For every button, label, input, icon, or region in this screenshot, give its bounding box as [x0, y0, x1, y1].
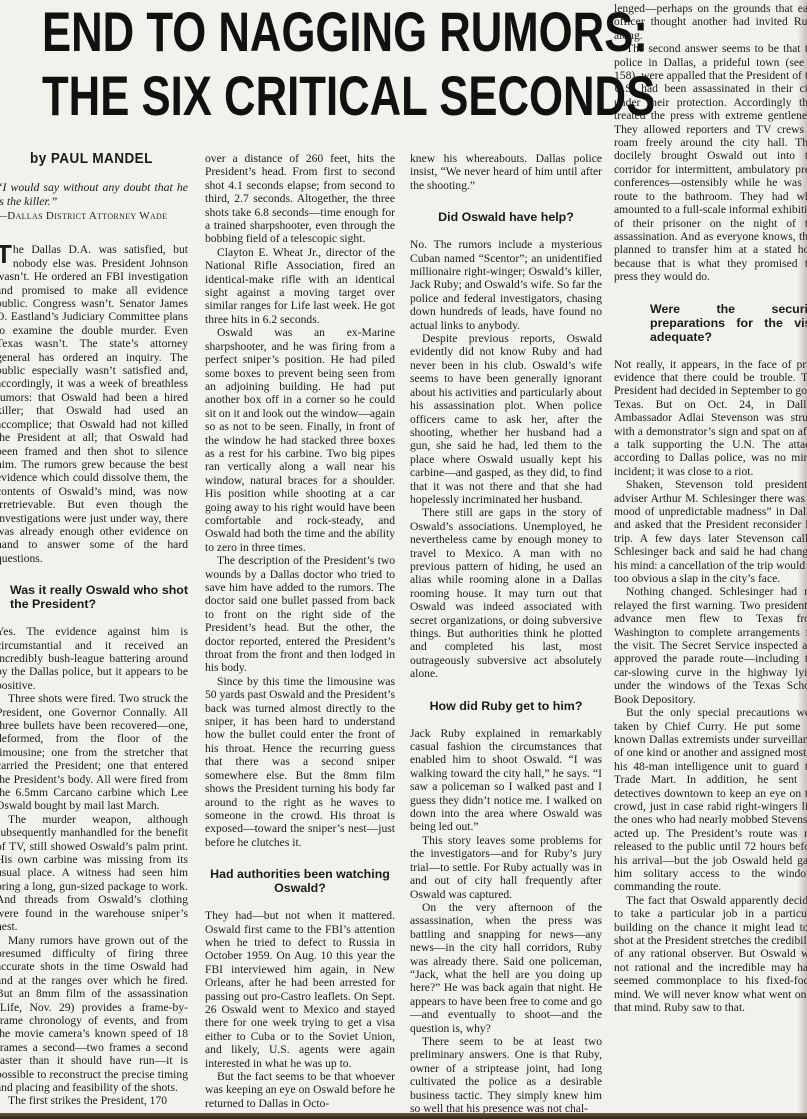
paragraph: over a distance of 260 feet, hits the Pr… [205, 152, 395, 246]
paragraph: lenged—perhaps on the grounds that each … [614, 2, 807, 42]
paragraph: The description of the President’s two w… [205, 554, 395, 675]
paragraph: There seem to be at least two preliminar… [410, 1035, 602, 1115]
column-4: lenged—perhaps on the grounds that each … [614, 2, 807, 1014]
paragraph: The murder weapon, although subsequently… [0, 813, 188, 934]
drop-cap: T [0, 243, 12, 265]
page-binding-shadow [797, 0, 807, 1119]
paragraph: No. The rumors include a mysterious Cuba… [410, 238, 602, 332]
column-1-clip: “I would say without any doubt that he i… [0, 175, 200, 1119]
column-3-clip: knew his whereabouts. Dallas police insi… [408, 148, 606, 1119]
paragraph: Despite previous reports, Oswald evident… [410, 332, 602, 506]
paragraph: Shaken, Stevenson told presidential advi… [614, 478, 807, 585]
paragraph: The second answer seems to be that the p… [614, 42, 807, 283]
page-bottom-edge [0, 1113, 807, 1119]
column-4-clip: lenged—perhaps on the grounds that each … [612, 0, 807, 1119]
subhead-was-it-oswald: Was it really Oswald who shot the Presid… [0, 583, 188, 611]
paragraph: There still are gaps in the story of Osw… [410, 506, 602, 680]
epigraph-quote: “I would say without any doubt that he i… [0, 180, 188, 208]
paragraph: Clayton E. Wheat Jr., director of the Na… [205, 246, 395, 326]
paragraph: Nothing changed. Schlesinger had not rel… [614, 585, 807, 706]
headline: END TO NAGGING RUMORS: THE SIX CRITICAL … [42, 0, 479, 128]
paragraph: They had—but not when it mattered. Oswal… [205, 909, 395, 1070]
column-1: “I would say without any doubt that he i… [0, 180, 188, 1108]
magazine-page: END TO NAGGING RUMORS: THE SIX CRITICAL … [0, 0, 807, 1119]
paragraph: But the only special precautions were ta… [614, 706, 807, 894]
paragraph: Jack Ruby explained in remarkably casual… [410, 727, 602, 834]
paragraph: Not really, it appears, in the face of p… [614, 358, 807, 479]
paragraph: Yes. The evidence against him is circums… [0, 625, 188, 692]
column-3: knew his whereabouts. Dallas police insi… [410, 152, 602, 1115]
subhead-security-preparations: Were the security preparations for the v… [614, 302, 807, 344]
paragraph: Many rumors have grown out of the presum… [0, 934, 188, 1095]
paragraph: This story leaves some problems for the … [410, 834, 602, 901]
paragraph: But the fact seems to be that whoever wa… [205, 1070, 395, 1110]
paragraph: Three shots were fired. Two struck the P… [0, 692, 188, 813]
subhead-oswald-help: Did Oswald have help? [410, 210, 602, 224]
epigraph-attribution: —Dallas District Attorney Wade [0, 210, 188, 223]
column-2: over a distance of 260 feet, hits the Pr… [205, 152, 395, 1110]
column-2-clip: over a distance of 260 feet, hits the Pr… [203, 148, 399, 1119]
paragraph: knew his whereabouts. Dallas police insi… [410, 152, 602, 192]
paragraph: Since by this time the limousine was 50 … [205, 675, 395, 849]
paragraph: The first strikes the President, 170 [0, 1094, 188, 1107]
headline-line-1: END TO NAGGING RUMORS: [42, 0, 479, 64]
byline: by PAUL MANDEL [30, 150, 153, 167]
headline-line-2: THE SIX CRITICAL SECONDS [42, 64, 479, 128]
paragraph: The fact that Oswald apparently decided … [614, 894, 807, 1015]
paragraph: On the very afternoon of the assassinati… [410, 901, 602, 1035]
paragraph: The Dallas D.A. was satisfied, but nobod… [0, 243, 188, 565]
subhead-authorities-watching: Had authorities been watching Oswald? [205, 867, 395, 895]
subhead-ruby-get-to-him: How did Ruby get to him? [410, 699, 602, 713]
paragraph: Oswald was an ex-Marine sharpshooter, an… [205, 326, 395, 554]
